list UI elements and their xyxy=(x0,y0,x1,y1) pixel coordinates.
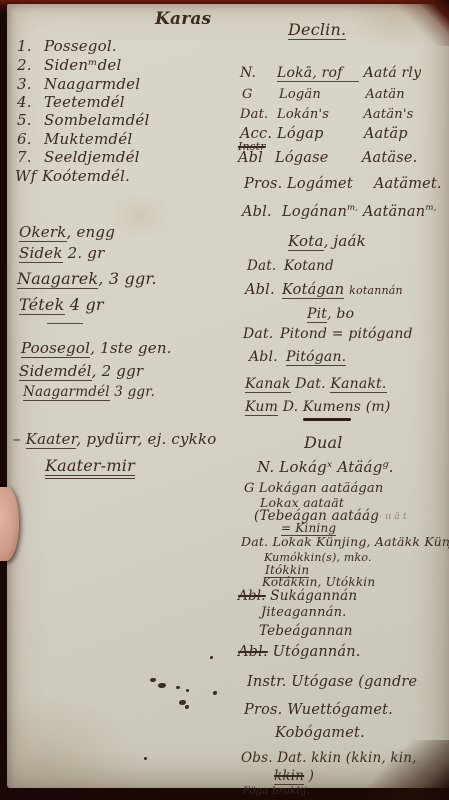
item-number: 4. xyxy=(17,94,44,111)
count-line: Sidek 2. gr xyxy=(19,245,104,262)
form-a: Pitond = pitógand xyxy=(280,326,413,342)
form-a: Kotágan xyxy=(282,282,344,299)
form-b: Aatämet. xyxy=(374,176,442,192)
count-note: 4 gr xyxy=(65,295,104,314)
kum-rest: D. Kumens (m) xyxy=(278,399,390,415)
pit-heading: Pit, bo xyxy=(307,306,354,322)
kum-word: Kum xyxy=(245,399,278,416)
form-a: Logän xyxy=(279,88,361,103)
item-text: Teetemdél xyxy=(44,93,125,111)
count-line: Tétek 4 gr xyxy=(19,296,104,314)
count-note: , 3 ggr. xyxy=(98,269,157,288)
list-item: 2.Sidenᵐdel xyxy=(17,57,122,74)
form-a: Lógap xyxy=(277,126,359,143)
faint-scribble: · ıı ä t xyxy=(379,512,407,522)
kota-dat-row: Dat.Kotand xyxy=(247,259,334,275)
ink-blot xyxy=(150,678,156,682)
list-item: 7.Seeldjemdél xyxy=(17,149,140,166)
form-a: Lógase xyxy=(275,150,357,167)
count-note: 2. gr xyxy=(63,244,105,262)
form: Utógannán. xyxy=(268,644,361,660)
declension-row: Abl.Logánanm, Aatänanm, xyxy=(242,204,436,221)
item-text: Muktemdél xyxy=(44,130,132,148)
dual-abl2-line: Abl. Utógannán. xyxy=(238,644,361,661)
count-line: Naagarek, 3 ggr. xyxy=(17,270,157,288)
item-number: 6. xyxy=(17,131,44,148)
ink-blot xyxy=(186,689,189,692)
manuscript-page: Karas 1.Possegol. 2.Sidenᵐdel 3.Naagarmd… xyxy=(7,4,449,788)
kanak-form: Kanakt. xyxy=(330,376,386,393)
item-text: Sidenᵐdel xyxy=(44,56,122,74)
declension-row: GLogän Aatän xyxy=(242,88,405,103)
struck-case-label: Abl. xyxy=(238,588,266,604)
list-item: 6.Muktemdél xyxy=(17,131,132,148)
form-a: Pitógan. xyxy=(286,349,346,366)
pit-word: Pit xyxy=(307,306,327,323)
declension-row: Dat.Lokán's Aatän's xyxy=(240,108,413,123)
case-label: Dat. xyxy=(247,259,284,275)
kaater-word: Kaater xyxy=(26,430,77,449)
gen-line: Poosegol, 1ste gen. xyxy=(21,340,172,357)
count-line: Okerk, engg xyxy=(19,224,115,241)
form-note: kotannán xyxy=(349,284,403,297)
count-word: Naagarek xyxy=(17,269,98,289)
item-text: Seeldjemdél xyxy=(44,148,140,166)
gen-note: , 2 ggr xyxy=(92,362,144,380)
gen-word: Naagarmdél xyxy=(23,384,110,401)
item-number: Wf xyxy=(15,168,42,185)
gen-word: Sidemdél xyxy=(19,362,92,381)
dark-corner-top-right xyxy=(379,0,449,46)
form-b: Aatäp xyxy=(364,126,408,142)
pros-note-line: Pros. Wuettógamet. xyxy=(244,702,393,719)
pit-rest: , bo xyxy=(327,306,354,322)
ink-blot xyxy=(158,683,166,688)
count-word: Okerk xyxy=(19,223,67,242)
item-text: Koótemdél. xyxy=(42,167,130,185)
list-item: 5.Sombelamdél xyxy=(17,112,149,129)
superscript: m, xyxy=(347,203,358,213)
kum-line: Kum D. Kumens (m) xyxy=(245,399,391,415)
case-label: N. xyxy=(240,65,277,81)
gen-note: , 1ste gen. xyxy=(90,339,172,357)
ink-blot xyxy=(210,656,213,659)
kanak-mid: Dat. xyxy=(291,376,331,392)
item-text: Possegol. xyxy=(44,37,117,55)
struck-form: kkin xyxy=(274,768,304,785)
dash: – xyxy=(13,430,21,448)
item-number: 7. xyxy=(17,149,44,166)
form: Sukágannán xyxy=(266,588,358,604)
count-word: Tétek xyxy=(19,295,65,315)
case-label: Abl xyxy=(238,150,275,167)
item-number: 3. xyxy=(17,76,44,93)
kanak-word: Kanak xyxy=(245,376,291,393)
instr-note-line: Instr. Utógase (gandre xyxy=(247,674,417,691)
case-label: Dat. xyxy=(243,326,280,342)
declension-row: N.Lokā, rof Aatá rly xyxy=(240,65,421,82)
dual-heading: Dual xyxy=(304,434,343,452)
case-label: Abl. xyxy=(249,349,286,365)
item-text: Sombelamdél xyxy=(44,111,149,129)
declension-row: Pros.Logámet Aatämet. xyxy=(244,176,442,193)
case-label: G xyxy=(242,88,279,103)
gen-line: Naagarmdél 3 ggr. xyxy=(23,385,155,401)
ink-blot xyxy=(176,686,180,689)
count-note: , engg xyxy=(67,223,115,241)
case-label: Abl. xyxy=(245,282,282,299)
form-b: Aatäse. xyxy=(362,150,418,166)
count-word: Sidek xyxy=(19,244,63,263)
kaater-line: – Kaater, pydürr, ej. cykko xyxy=(13,431,216,448)
dual-jit-line: Jiteagannán. xyxy=(261,606,347,621)
gen-line: Sidemdél, 2 ggr xyxy=(19,363,143,380)
kota-rest: , jaák xyxy=(324,232,366,250)
kaater-mir-line: Kaater-mir xyxy=(45,457,135,475)
declension-heading: Declin. xyxy=(288,21,346,39)
list-item: 4.Teetemdél xyxy=(17,94,125,111)
case-label: Dat. xyxy=(240,108,277,123)
case-label: Pros. xyxy=(244,176,287,193)
dark-corner-bottom-right xyxy=(329,740,449,800)
item-number: 1. xyxy=(17,38,44,55)
dual-abl1-line: Abl. Sukágannán xyxy=(238,589,357,605)
item-number: 5. xyxy=(17,112,44,129)
form-a: Lokā, rof xyxy=(277,65,359,82)
kota-word: Kota xyxy=(288,232,324,251)
kaater-note: , pydürr, ej. cykko xyxy=(76,430,216,448)
list-item: 3.Naagarmdel xyxy=(17,76,140,93)
pit-abl-row: Abl.Pitógan. xyxy=(249,349,346,365)
form-b: Aatänan xyxy=(363,204,425,220)
item-number: 2. xyxy=(17,57,44,74)
form-b: Aatá rly xyxy=(364,65,422,81)
form-b: Aatän's xyxy=(363,107,413,122)
struck-case-label: Abl. xyxy=(238,644,268,660)
heavy-underline xyxy=(303,418,351,421)
case-label: Abl. xyxy=(242,204,282,221)
superscript: m, xyxy=(425,203,436,213)
obs-struck-line: kkin ) xyxy=(274,769,314,785)
form-a: Logámet xyxy=(287,176,369,193)
pit-dat-row: Dat.Pitond = pitógand xyxy=(243,326,413,342)
kaater-mir-word: Kaater-mir xyxy=(45,456,135,479)
paren-close: ) xyxy=(304,768,314,784)
kanak-line: Kanak Dat. Kanakt. xyxy=(245,376,387,392)
ink-blot xyxy=(144,757,147,760)
gen-note: 3 ggr. xyxy=(110,384,155,400)
section-divider xyxy=(47,323,83,324)
footer-note-line: Föga bruklij. xyxy=(243,786,310,798)
gen-word: Poosegol xyxy=(21,339,90,358)
ink-blot xyxy=(179,700,186,705)
form-a: Lokán's xyxy=(277,108,359,123)
kota-heading: Kota, jaák xyxy=(288,233,366,250)
form-a: Logánan xyxy=(282,204,347,220)
declension-row: AblLógase Aatäse. xyxy=(238,150,417,167)
photo-background: Karas 1.Possegol. 2.Sidenᵐdel 3.Naagarmd… xyxy=(0,0,449,800)
dual-n-line: N. Lokágˣ Atäágᵍ. xyxy=(257,459,394,476)
form-b: Aatän xyxy=(365,87,405,102)
list-item: 1.Possegol. xyxy=(17,38,117,55)
dual-dat-line: Dat. Lokak Künjing, Aatäkk Künj(g) xyxy=(241,535,449,549)
form-a: Kotand xyxy=(284,258,334,274)
list-item: WfKoótemdél. xyxy=(15,168,130,185)
kota-abl-row: Abl.Kotágan kotannán xyxy=(245,282,403,299)
ink-blot xyxy=(185,705,189,709)
ink-blot xyxy=(213,691,217,695)
page-title: Karas xyxy=(155,10,211,30)
dual-teb2-line: Tebeágannan xyxy=(259,624,353,640)
item-text: Naagarmdel xyxy=(44,75,140,93)
